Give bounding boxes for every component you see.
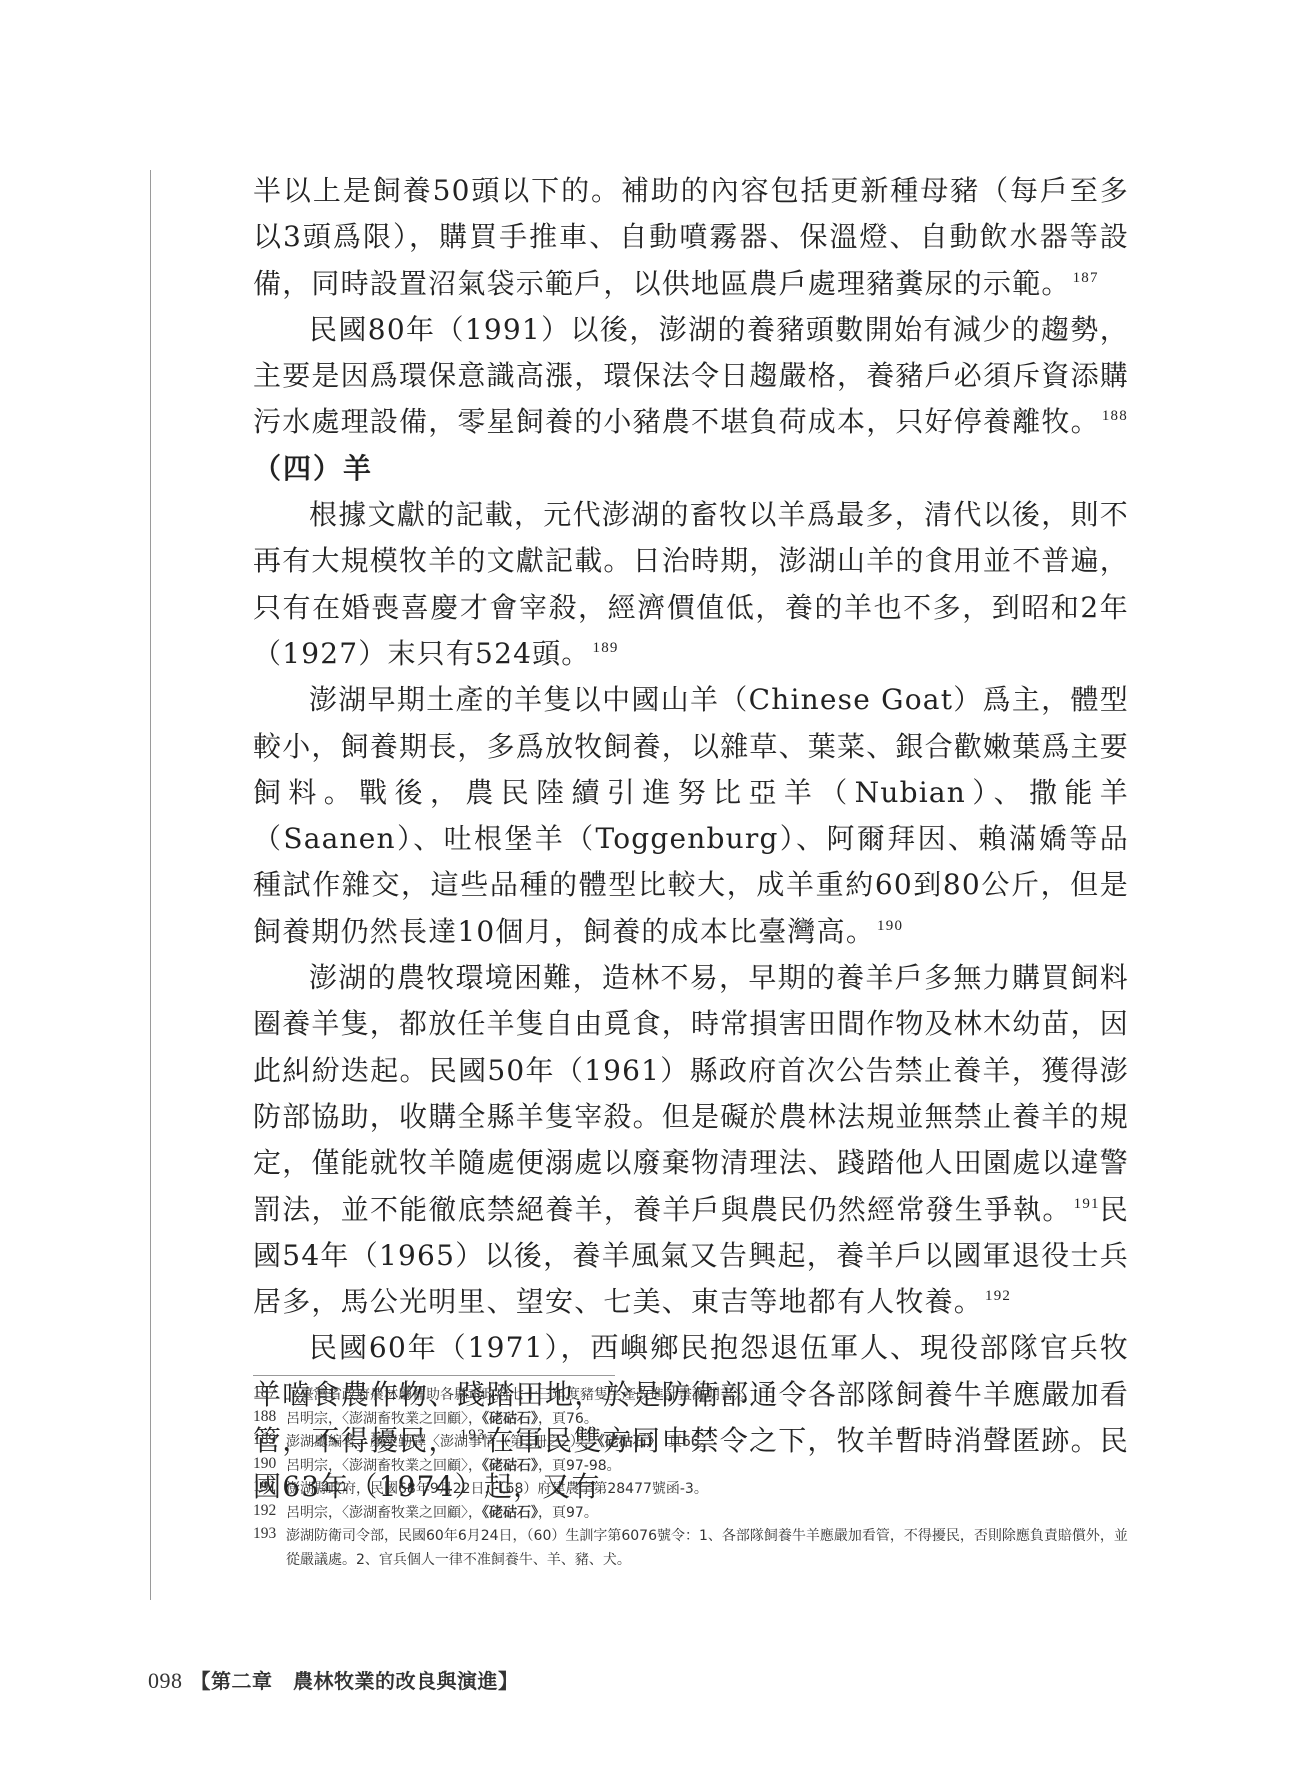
- footnotes: 187〈臺灣省政府農林廳補助各縣市政府七十三年度豬隻生產改進計畫說明書〉。 18…: [253, 1384, 1133, 1572]
- footnote-text: 〈臺灣省政府農林廳補助各縣市政府七十三年度豬隻生產改進計畫說明書〉。: [286, 1387, 755, 1403]
- footnote-text: 呂明宗，〈澎湖畜牧業之回顧〉，: [286, 1458, 482, 1474]
- paragraph-text: 澎湖的農牧環境困難，造林不易，早期的養羊戶多無力購買飼料圈養羊隻，都放任羊隻自由…: [253, 961, 1129, 1225]
- footnote-number: 190: [253, 1452, 276, 1476]
- footnote-text: 呂明宗，〈澎湖畜牧業之回顧〉，: [286, 1505, 482, 1521]
- footnote-book: 《硓𥑮石》: [598, 1434, 654, 1450]
- footnote-text: 澎湖廳編著、顏榮勤譯〈澎湖事情（第1冊之2）〉，: [286, 1434, 598, 1450]
- footnote: 192呂明宗，〈澎湖畜牧業之回顧〉，《硓𥑮石》，頁97。: [253, 1502, 1133, 1526]
- footnote-ref[interactable]: 192: [985, 1288, 1011, 1304]
- footnote-book: 《硓𥑮石》: [482, 1505, 538, 1521]
- footnote-number: 192: [253, 1499, 276, 1523]
- paragraph-text: 半以上是飼養50頭以下的。補助的內容包括更新種母豬（每戶至多以3頭爲限），購買手…: [253, 174, 1129, 300]
- paragraph-text: 民國80年（1991）以後，澎湖的養豬頭數開始有減少的趨勢，主要是因爲環保意識高…: [253, 313, 1129, 439]
- footnote-number: 193: [253, 1522, 276, 1546]
- footnote-separator: [253, 1375, 615, 1376]
- footnote: 189澎湖廳編著、顏榮勤譯〈澎湖事情（第1冊之2）〉，《硓𥑮石》，頁66。: [253, 1431, 1133, 1455]
- paragraph: 民國80年（1991）以後，澎湖的養豬頭數開始有減少的趨勢，主要是因爲環保意識高…: [253, 307, 1129, 446]
- footnote-text: ，頁76。: [538, 1411, 598, 1427]
- footnote-ref[interactable]: 189: [593, 640, 619, 656]
- footnote-text: ，頁97。: [538, 1505, 598, 1521]
- paragraph-text: 澎湖早期土產的羊隻以中國山羊（Chinese Goat）爲主，體型較小，飼養期長…: [253, 683, 1129, 947]
- footnote: 190呂明宗，〈澎湖畜牧業之回顧〉，《硓𥑮石》，頁97-98。: [253, 1455, 1133, 1479]
- footnote-text: 呂明宗，〈澎湖畜牧業之回顧〉，: [286, 1411, 482, 1427]
- footnote-book: 《硓𥑮石》: [482, 1458, 538, 1474]
- page-number: 098: [148, 1668, 183, 1693]
- footnote-number: 188: [253, 1405, 276, 1429]
- footnote-ref[interactable]: 187: [1073, 270, 1099, 286]
- body-text: 半以上是飼養50頭以下的。補助的內容包括更新種母豬（每戶至多以3頭爲限），購買手…: [253, 168, 1129, 1511]
- footnote-text: 澎湖防衛司令部，民國60年6月24日，（60）生訓字第6076號令：1、各部隊飼…: [286, 1528, 1128, 1568]
- footnote-text: 澎湖縣政府，民國68年9月22日，（68）府建農字第28477號函-3。: [286, 1481, 708, 1497]
- footnote-ref[interactable]: 190: [877, 918, 903, 934]
- footnote-text: ，頁97-98。: [538, 1458, 621, 1474]
- footnote-text: ，頁66。: [654, 1434, 714, 1450]
- section-heading: （四）羊: [253, 446, 1129, 492]
- paragraph: 根據文獻的記載，元代澎湖的畜牧以羊爲最多，清代以後，則不再有大規模牧羊的文獻記載…: [253, 492, 1129, 677]
- margin-rule: [150, 170, 151, 1600]
- footnote-number: 187: [253, 1381, 276, 1405]
- footnote-number: 191: [253, 1475, 276, 1499]
- footnote: 188呂明宗，〈澎湖畜牧業之回顧〉，《硓𥑮石》，頁76。: [253, 1408, 1133, 1432]
- paragraph: 半以上是飼養50頭以下的。補助的內容包括更新種母豬（每戶至多以3頭爲限），購買手…: [253, 168, 1129, 307]
- chapter-title: 【第二章 農林牧業的改良與演進】: [191, 1669, 519, 1693]
- footnote-ref[interactable]: 191: [1074, 1196, 1100, 1212]
- paragraph-text: 根據文獻的記載，元代澎湖的畜牧以羊爲最多，清代以後，則不再有大規模牧羊的文獻記載…: [253, 498, 1129, 670]
- footnote: 193澎湖防衛司令部，民國60年6月24日，（60）生訓字第6076號令：1、各…: [253, 1525, 1133, 1572]
- page-footer: 098【第二章 農林牧業的改良與演進】: [148, 1665, 519, 1694]
- paragraph: 澎湖早期土產的羊隻以中國山羊（Chinese Goat）爲主，體型較小，飼養期長…: [253, 677, 1129, 955]
- paragraph: 澎湖的農牧環境困難，造林不易，早期的養羊戶多無力購買飼料圈養羊隻，都放任羊隻自由…: [253, 955, 1129, 1325]
- footnote-number: 189: [253, 1428, 276, 1452]
- footnote-ref[interactable]: 188: [1102, 408, 1128, 424]
- footnote: 187〈臺灣省政府農林廳補助各縣市政府七十三年度豬隻生產改進計畫說明書〉。: [253, 1384, 1133, 1408]
- footnote: 191澎湖縣政府，民國68年9月22日，（68）府建農字第28477號函-3。: [253, 1478, 1133, 1502]
- footnote-book: 《硓𥑮石》: [482, 1411, 538, 1427]
